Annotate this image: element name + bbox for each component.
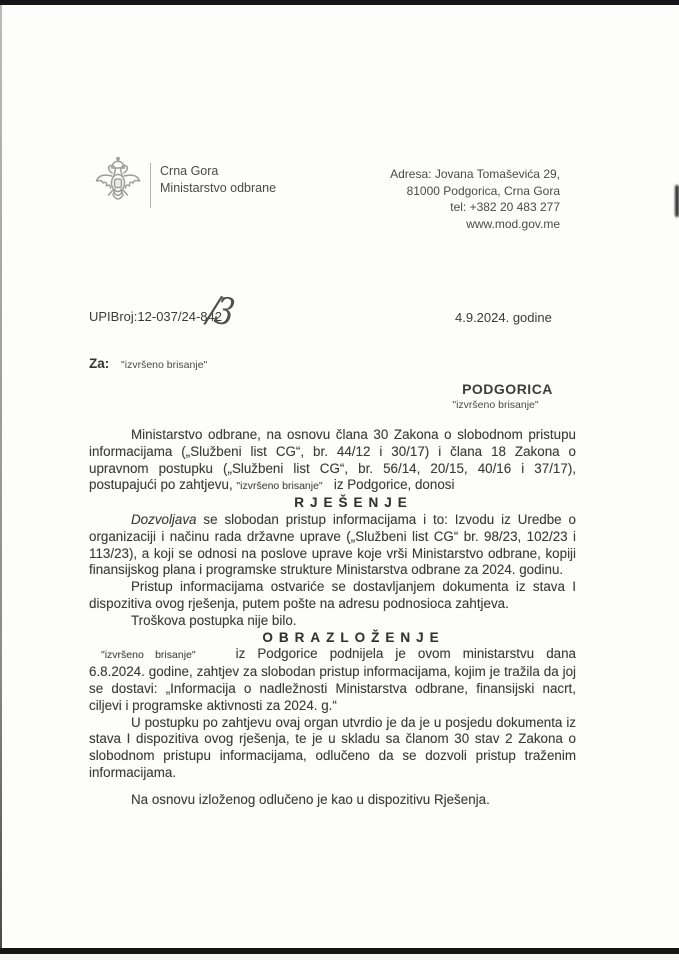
handwritten-case-suffix: /3 xyxy=(204,288,234,335)
redacted-applicant: "izvršeno brisanje" xyxy=(236,480,322,492)
case-number: UPIBroj:12-037/24-842 xyxy=(89,309,222,324)
document-date: 4.9.2024. godine xyxy=(455,310,552,325)
resolution-paragraph-2: Pristup informacijama ostvariće se dosta… xyxy=(89,579,576,613)
recipient-city-block: PODGORICA "izvršeno brisanje" xyxy=(420,381,595,411)
address-block: Adresa: Jovana Tomaševića 29, 81000 Podg… xyxy=(390,166,560,232)
explanation-paragraph-2: U postupku po zahtjevu ovaj organ utvrdi… xyxy=(89,715,576,782)
org-ministry: Ministarstvo odbrane xyxy=(160,180,276,197)
intro-text-after: iz Podgorice, donosi xyxy=(334,477,455,492)
scanned-document-page: Crna Gora Ministarstvo odbrane Adresa: J… xyxy=(0,0,679,960)
address-website: www.mod.gov.me xyxy=(390,216,560,233)
resolution-paragraph-3: Troškova postupka nije bilo. xyxy=(89,613,576,630)
address-city: 81000 Podgorica, Crna Gora xyxy=(390,183,560,200)
address-phone: tel: +382 20 483 277 xyxy=(390,199,560,216)
explanation-heading: OBRAZLOŽENJE xyxy=(89,630,576,647)
explanation-paragraph-1: "izvršeno brisanje"iz Podgorice podnijel… xyxy=(89,646,576,714)
redacted-recipient: "izvršeno brisanje" xyxy=(121,359,207,371)
recipient-city: PODGORICA xyxy=(420,381,595,397)
resolution-heading: RJEŠENJE xyxy=(89,495,576,512)
recipient-label: Za: xyxy=(89,356,109,371)
coat-of-arms-icon xyxy=(93,157,143,230)
letterhead-divider xyxy=(150,163,151,208)
scan-right-smudge xyxy=(675,185,679,217)
redacted-city-note: "izvršeno brisanje" xyxy=(408,399,583,411)
address-street: Adresa: Jovana Tomaševića 29, xyxy=(390,166,560,183)
document-body: Ministarstvo odbrane, na osnovu člana 30… xyxy=(89,427,576,809)
scan-left-border xyxy=(0,5,2,948)
resolution-paragraph-1: Dozvoljava se slobodan pristup informaci… xyxy=(89,512,576,579)
scan-top-border xyxy=(0,0,679,5)
intro-paragraph: Ministarstvo odbrane, na osnovu člana 30… xyxy=(89,427,576,495)
resolution-keyword: Dozvoljava xyxy=(131,512,197,527)
recipient-row: Za: "izvršeno brisanje" xyxy=(89,356,207,371)
org-name-block: Crna Gora Ministarstvo odbrane xyxy=(160,163,276,197)
redacted-applicant-2: "izvršeno brisanje" xyxy=(101,649,196,661)
org-country: Crna Gora xyxy=(160,163,276,180)
explanation-paragraph-3: Na osnovu izloženog odlučeno je kao u di… xyxy=(89,792,576,809)
scan-bottom-margin xyxy=(0,954,679,960)
intro-text: Ministarstvo odbrane, na osnovu člana 30… xyxy=(89,427,576,492)
